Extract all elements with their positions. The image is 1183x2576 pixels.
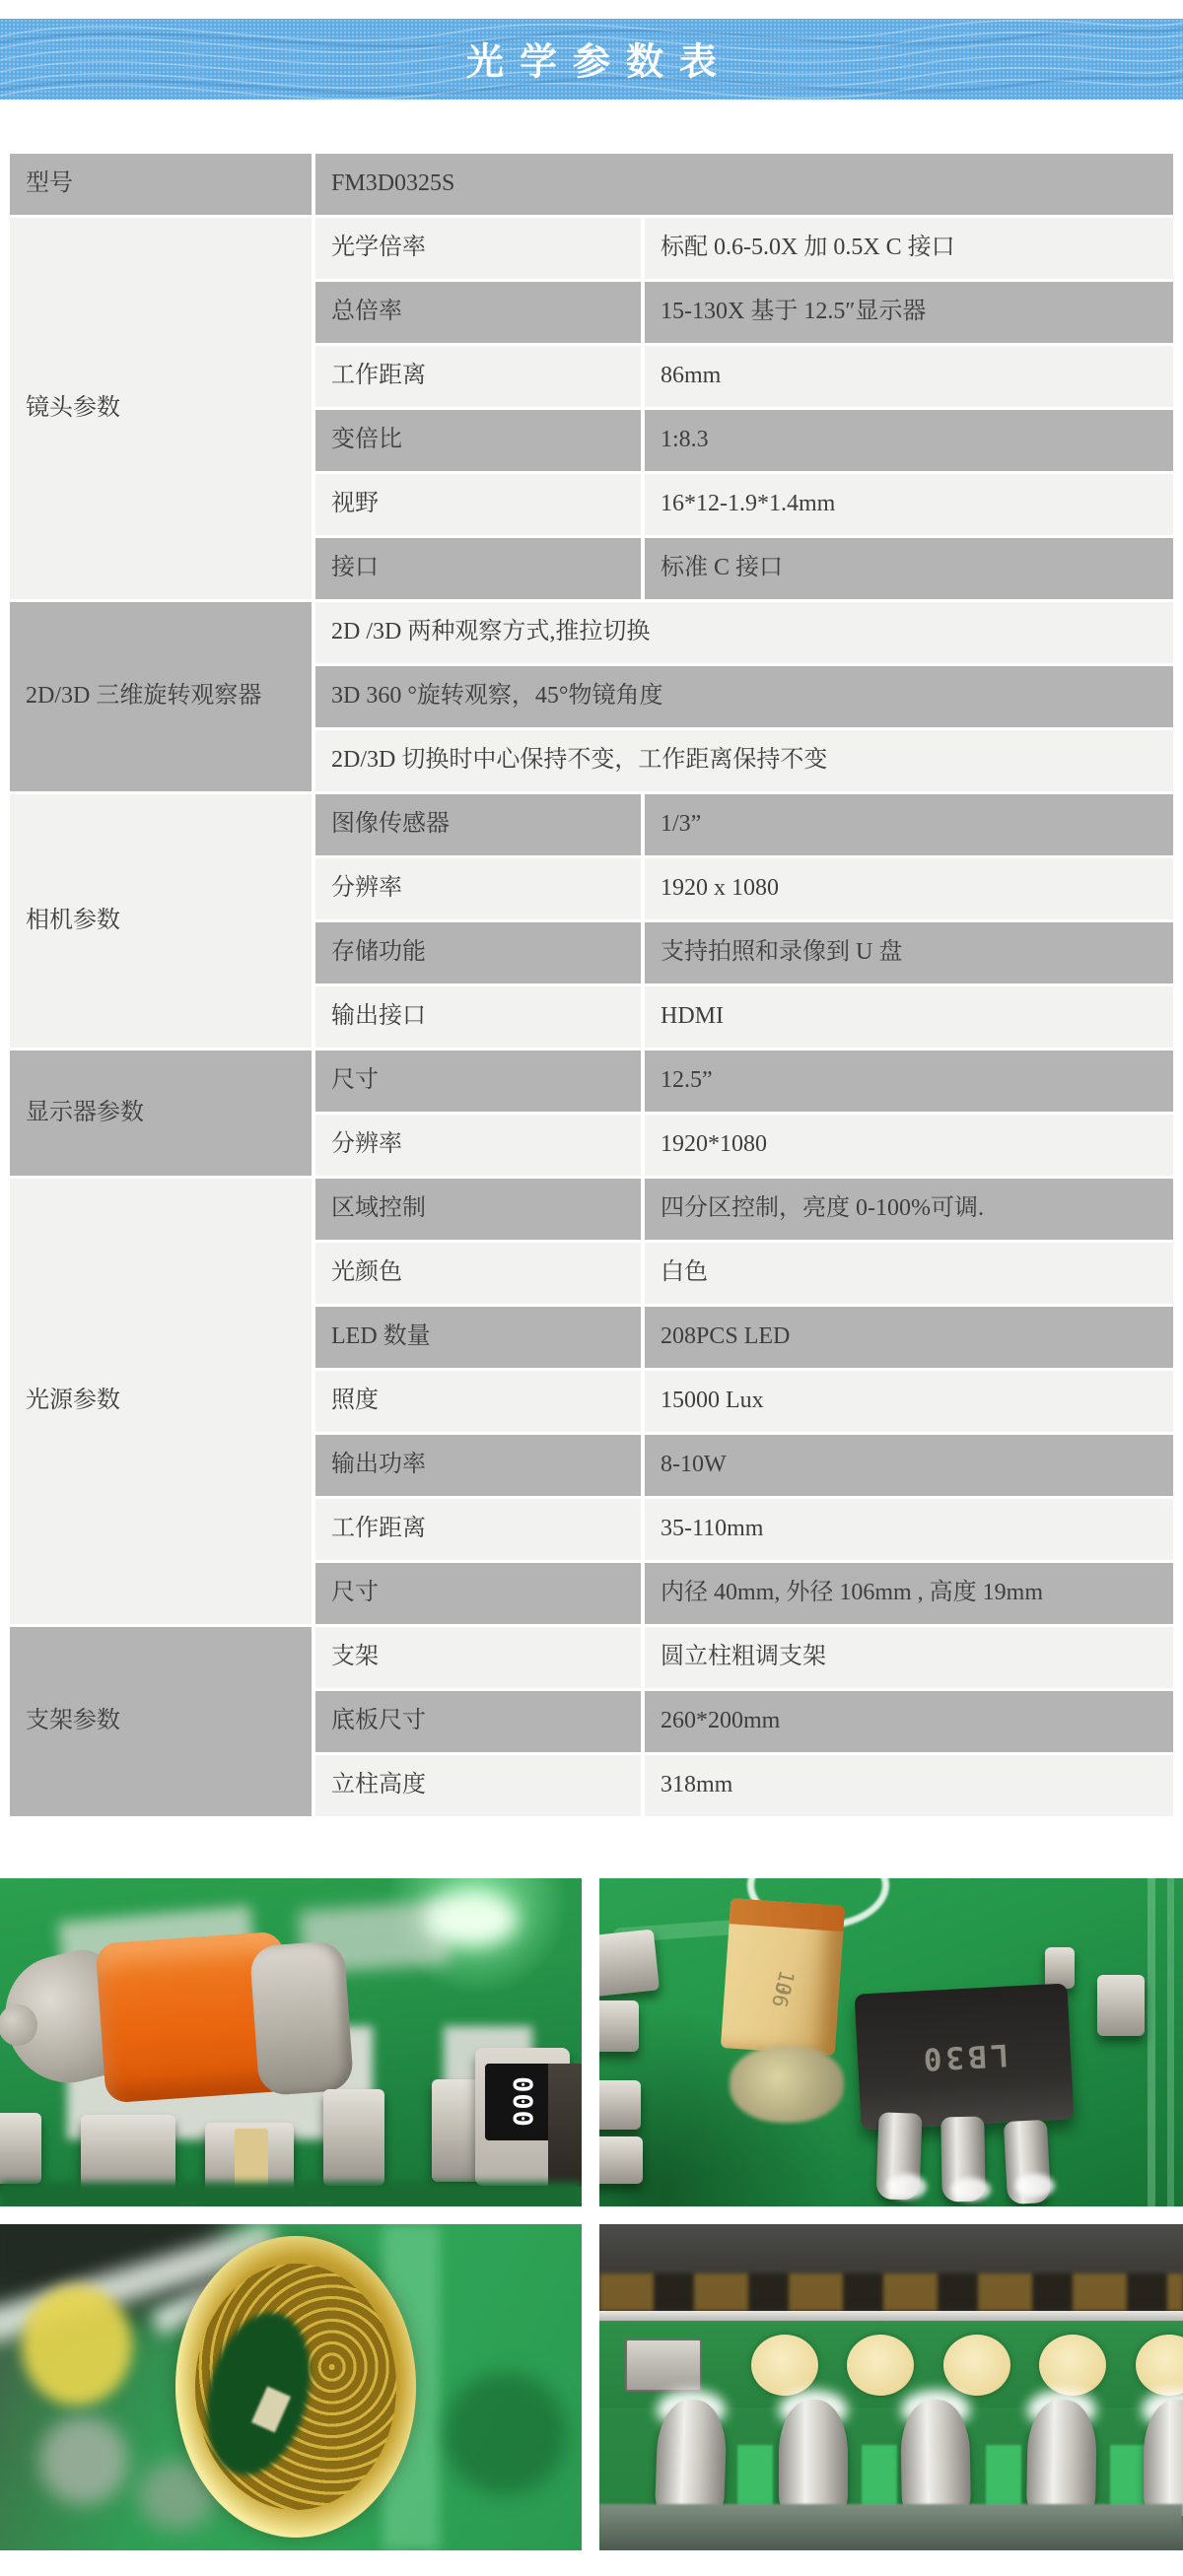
param-value: 260*200mm [645,1691,1173,1752]
board-bottom-edge [599,2504,1183,2550]
param-label: 分辨率 [315,1115,641,1176]
param-label: 光学倍率 [315,218,641,279]
param-label: 支架 [315,1627,641,1688]
solder-pad [1045,1947,1075,1989]
section-label-lightsource: 光源参数 [10,1179,312,1624]
photo-pcb-transistor: 106 J LB30 [599,1878,1183,2206]
param-value: 318mm [645,1755,1173,1816]
round-gold-pad [1039,2335,1106,2396]
param-label: 视野 [315,474,641,535]
dark-bokeh [444,2372,567,2495]
table-row: 2D/3D 三维旋转观察器 2D /3D 两种观察方式,推拉切换 [10,602,1173,663]
solder-lead [655,2399,728,2517]
param-label: 立柱高度 [315,1755,641,1816]
section-label-model: 型号 [10,154,312,215]
light-reflection [424,1892,518,1946]
smd-capacitor [0,2113,41,2184]
product-spec-page: { "banner": { "title": "光学参数表" }, "table… [0,0,1183,2576]
param-value: 1:8.3 [645,410,1173,471]
section-label-2d3d: 2D/3D 三维旋转观察器 [10,602,312,791]
ic-package-edge [599,2224,1183,2311]
photo-pcb-orange-capacitor: 000 [0,1878,582,2206]
silver-board-edge [599,2311,1183,2321]
param-label: 光颜色 [315,1243,641,1304]
param-label: 照度 [315,1371,641,1432]
param-label: LED 数量 [315,1307,641,1368]
section-label-stand: 支架参数 [10,1627,312,1816]
table-row: 型号 FM3D0325S [10,154,1173,215]
pcb-trace [1148,1878,1155,2206]
param-value: 8-10W [645,1435,1173,1496]
param-label: 变倍比 [315,410,641,471]
param-label: 输出功率 [315,1435,641,1496]
solder-pad [599,2000,639,2052]
solder-pad [1097,1975,1145,2036]
section-label-display: 显示器参数 [10,1051,312,1176]
param-value: 四分区控制，亮度 0-100%可调. [645,1179,1173,1240]
param-value: 圆立柱粗调支架 [645,1627,1173,1688]
solder-lead [900,2399,971,2516]
param-value: 内径 40mm, 外径 106mm , 高度 19mm [645,1563,1173,1624]
param-label: 输出接口 [315,986,641,1048]
param-value: 208PCS LED [645,1307,1173,1368]
param-value: HDMI [645,986,1173,1048]
feature-text: 3D 360 °旋转观察，45°物镜角度 [315,666,1173,727]
smd-capacitor [323,2089,384,2186]
round-gold-pad [847,2335,914,2396]
photo-row-2 [0,2224,1183,2550]
param-value: 15000 Lux [645,1371,1173,1432]
page-title: 光学参数表 [0,31,1183,85]
param-label: 尺寸 [315,1563,641,1624]
feature-text: 2D/3D 切换时中心保持不变，工作距离保持不变 [315,730,1173,791]
title-banner: 光学参数表 [0,19,1183,100]
feature-text: 2D /3D 两种观察方式,推拉切换 [315,602,1173,663]
param-label: 接口 [315,538,641,599]
param-value: 白色 [645,1243,1173,1304]
photo-row-1: 000 106 J [0,1878,1183,2206]
round-gold-pad [751,2335,818,2396]
param-label: 区域控制 [315,1179,641,1240]
param-label: 工作距离 [315,1499,641,1560]
param-value: 1/3” [645,794,1173,855]
param-value: 35-110mm [645,1499,1173,1560]
solder-shine [1015,2174,1055,2198]
param-label: 底板尺寸 [315,1691,641,1752]
param-value: 1920 x 1080 [645,858,1173,919]
param-label: 存储功能 [315,922,641,983]
photo-plated-via-macro [0,2224,582,2550]
solder-pad [599,2080,641,2130]
param-value: 标准 C 接口 [645,538,1173,599]
param-value: 86mm [645,346,1173,407]
capacitor-marking: 106 J [725,1932,839,2046]
param-value: 12.5” [645,1051,1173,1112]
yellow-bokeh [22,2285,132,2406]
photo-board-edge-pads [599,2224,1183,2550]
param-value: 15-130X 基于 12.5″显示器 [645,282,1173,343]
solder-pad [599,2136,643,2184]
param-label: 分辨率 [315,858,641,919]
solder-shine [951,2178,991,2202]
dark-component-edge [548,2064,582,2187]
value-model: FM3D0325S [315,154,1173,215]
component-solder-cap [249,1940,354,2096]
table-row: 光源参数 区域控制 四分区控制，亮度 0-100%可调. [10,1179,1173,1240]
param-value: 1920*1080 [645,1115,1173,1176]
param-label: 工作距离 [315,346,641,407]
param-label: 尺寸 [315,1051,641,1112]
sot-transistor: LB30 [855,1983,1075,2130]
table-row: 显示器参数 尺寸 12.5” [10,1051,1173,1112]
smd-component [625,2339,702,2392]
section-label-lens: 镜头参数 [10,218,312,599]
table-row: 镜头参数 光学倍率 标配 0.6-5.0X 加 0.5X C 接口 [10,218,1173,279]
param-value: 16*12-1.9*1.4mm [645,474,1173,535]
pcb-foreground-blur [0,2182,582,2206]
table-row: 支架参数 支架 圆立柱粗调支架 [10,1627,1173,1688]
tantalum-capacitor: 106 J [721,1898,845,2056]
param-label: 图像传感器 [315,794,641,855]
solder-lead [1026,2399,1097,2516]
solder-pad [599,1930,660,1998]
table-row: 相机参数 图像传感器 1/3” [10,794,1173,855]
sample-photo-grid: 000 106 J [0,1878,1183,2568]
solder-lead [779,2400,848,2516]
transistor-marking: LB30 [855,1983,1075,2130]
param-value: 标配 0.6-5.0X 加 0.5X C 接口 [645,218,1173,279]
solder-shine [887,2174,927,2200]
pcb-trace [1167,1878,1174,2206]
param-label: 总倍率 [315,282,641,343]
section-label-camera: 相机参数 [10,794,312,1048]
spec-table: 型号 FM3D0325S 镜头参数 光学倍率 标配 0.6-5.0X 加 0.5… [6,151,1177,1819]
solder-blob [730,2046,844,2123]
param-value: 支持拍照和录像到 U 盘 [645,922,1173,983]
ic-bottom-blotches [599,2273,1183,2311]
round-gold-pad [943,2335,1010,2396]
gray-bokeh [39,2416,128,2505]
